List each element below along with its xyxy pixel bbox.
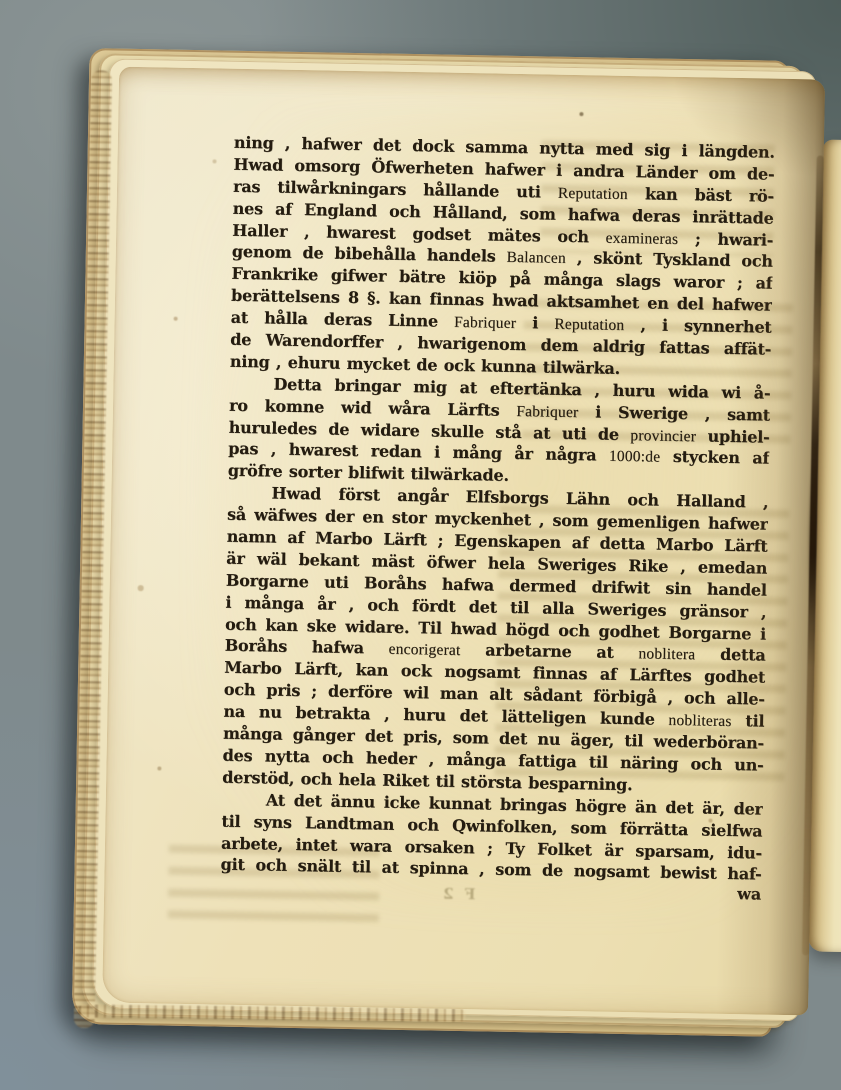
book-page: ning , hafwer det dock samma nytta med s… [102,67,825,1016]
text-block: ning , hafwer det dock samma nytta med s… [220,132,775,886]
paragraph: Hwad först angår Elfsborgs Lähn och Hall… [222,482,769,798]
antiqua-word: Reputation [554,316,624,334]
paragraph: Detta bringar mig at eftertänka , huru w… [228,373,771,492]
antiqua-word: examineras [605,229,678,247]
antiqua-word: provincier [630,427,696,445]
book-photo: ning , hafwer det dock samma nytta med s… [0,0,841,1090]
antiqua-word: noblitera [638,646,695,664]
open-book: ning , hafwer det dock samma nytta med s… [102,67,825,1016]
antiqua-word: encorigerat [388,641,460,659]
paragraph: At det ännu icke kunnat bringas högre än… [220,788,763,885]
antiqua-word: Balancen [506,249,566,267]
foxing-spots [119,67,121,69]
antiqua-word: noblitera [668,712,725,730]
antiqua-word: 1000:de [609,448,661,466]
antiqua-word: Fabriquer [516,403,578,421]
antiqua-word: Fabriquer [454,314,516,332]
page-curl-shadow [616,72,825,226]
